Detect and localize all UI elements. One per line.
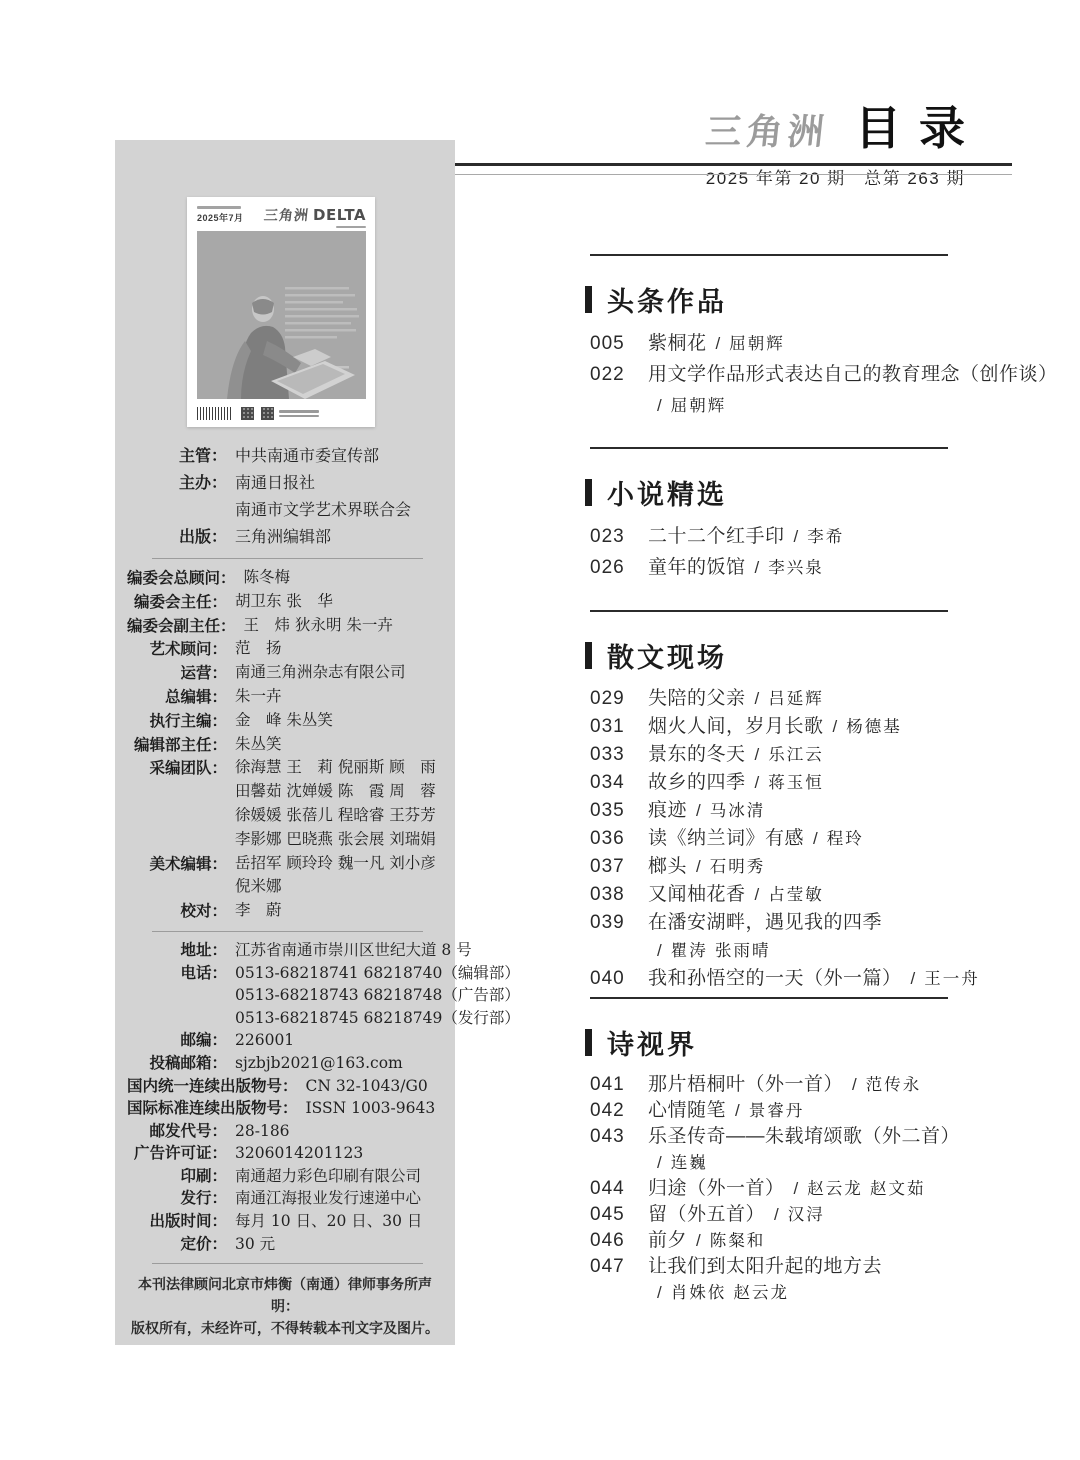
masthead-label: 发行： xyxy=(127,1187,227,1210)
header-rule-thick xyxy=(455,163,1012,166)
toc-entry-page-number: 045 xyxy=(590,1202,634,1227)
section-bar-icon xyxy=(585,479,592,506)
masthead-value-line: 0513-68218743 68218748（广告部） xyxy=(235,984,520,1007)
masthead-label: 出版时间： xyxy=(127,1210,227,1233)
masthead-row: 总编辑：朱一卉 xyxy=(127,685,443,709)
toc-entry-page-number: 005 xyxy=(590,329,634,359)
toc-entry-title: 紫桐花 xyxy=(648,333,707,354)
masthead-row: 邮编：226001 xyxy=(127,1029,443,1052)
toc-section-title: 小说精选 xyxy=(607,473,727,512)
toc-entry-author-line: /连巍 xyxy=(590,1150,1012,1176)
section-bar-icon xyxy=(585,642,592,669)
masthead-value: sjzbjb2021@163.com xyxy=(235,1052,443,1075)
masthead-label: 广告许可证： xyxy=(127,1142,227,1165)
toc-entry: 037榔头/石明秀 xyxy=(590,853,1012,881)
toc-entry-author: 石明秀 xyxy=(710,857,766,876)
slash-separator: / xyxy=(813,829,818,848)
masthead-row: 编委会总顾问：陈冬梅 xyxy=(127,566,443,590)
toc-entry-author: 蒋玉恒 xyxy=(768,773,824,792)
toc-entry: 039在潘安湖畔，遇见我的四季 xyxy=(590,909,1012,937)
toc-entry-title: 我和孙悟空的一天（外一篇） xyxy=(648,968,902,989)
toc-entry-author: 杨德基 xyxy=(846,717,902,736)
masthead-row: 国内统一连续出版物号：CN 32-1043/G0 xyxy=(127,1075,443,1098)
toc-entry-author-line: /屈朝辉 xyxy=(590,391,1012,422)
masthead-label: 执行主编： xyxy=(127,709,227,733)
toc-entry-page-number: 026 xyxy=(590,553,634,583)
masthead-label: 国内统一连续出版物号： xyxy=(127,1075,298,1098)
toc-entry-page-number: 033 xyxy=(590,741,634,768)
cover-header: 2025年7月 三角洲 DELTA xyxy=(197,205,366,229)
masthead-value-line: 0513-68218745 68218749（发行部） xyxy=(235,1007,520,1030)
masthead-row: 执行主编：金 峰 朱丛笑 xyxy=(127,709,443,733)
toc-entry-title: 前夕 xyxy=(648,1230,687,1251)
masthead-value-line: 南通超力彩色印刷有限公司 xyxy=(235,1165,443,1188)
toc-entry: 045留（外五首）/汉浔 xyxy=(590,1202,1012,1228)
masthead-value-line: 范 扬 xyxy=(235,637,443,661)
masthead-value-line: 南通市文学艺术界联合会 xyxy=(235,496,443,523)
toc-entry-author: 连巍 xyxy=(671,1153,708,1172)
masthead-row: 运营：南通三角洲杂志有限公司 xyxy=(127,661,443,685)
masthead-value: 王 炜 狄永明 朱一卉 xyxy=(244,614,443,638)
masthead-label: 编委会总顾问： xyxy=(127,566,236,590)
toc-entry-author: 占莹敏 xyxy=(768,885,824,904)
masthead-value-line: 3206014201123 xyxy=(235,1142,443,1165)
toc-section: 小说精选023二十二个红手印/李希026童年的饭馆/李兴泉 xyxy=(585,447,1012,584)
toc-entry: 023二十二个红手印/李希 xyxy=(590,522,1012,553)
legal-line: 本刊法律顾问北京市炜衡（南通）律师事务所声明： xyxy=(127,1274,443,1318)
page-title: 目录 xyxy=(855,92,983,158)
masthead-value: 南通三角洲杂志有限公司 xyxy=(235,661,443,685)
toc-entry: 033景东的冬天/乐江云 xyxy=(590,741,1012,769)
masthead-label: 主管： xyxy=(127,442,227,469)
masthead-label: 运营： xyxy=(127,661,227,685)
slash-separator: / xyxy=(755,689,760,708)
toc-entry-author: 肖姝依 赵云龙 xyxy=(671,1283,789,1302)
masthead-label: 投稿邮箱： xyxy=(127,1052,227,1075)
slash-separator: / xyxy=(716,334,721,353)
masthead-value-line: 岳招军 顾玲玲 魏一凡 刘小彦 xyxy=(235,852,443,876)
toc-entry: 041那片梧桐叶（外一首）/范传永 xyxy=(590,1072,1012,1098)
masthead-value-line: 徐媛媛 张蓓儿 程晗睿 王芬芳 xyxy=(235,804,443,828)
masthead-value: 226001 xyxy=(235,1029,443,1052)
toc-entry-page-number: 031 xyxy=(590,713,634,740)
masthead-value: 28-186 xyxy=(235,1120,443,1143)
slash-separator: / xyxy=(657,1283,662,1302)
toc-entry-title: 失陪的父亲 xyxy=(648,688,746,709)
toc-section: 散文现场029失陪的父亲/吕延辉031烟火人间，岁月长歌/杨德基033景东的冬天… xyxy=(585,610,1012,993)
masthead-value-line: 朱丛笑 xyxy=(235,733,443,757)
toc-entry-page-number: 036 xyxy=(590,825,634,852)
masthead: 主管：中共南通市委宣传部主办：南通日报社南通市文学艺术界联合会出版：三角洲编辑部… xyxy=(127,442,443,1340)
masthead-label: 主办： xyxy=(127,469,227,496)
masthead-row: 主管：中共南通市委宣传部 xyxy=(127,442,443,469)
masthead-row: 邮发代号：28-186 xyxy=(127,1120,443,1143)
cover-logo-cn: 三角洲 xyxy=(263,205,310,225)
masthead-value-line: CN 32-1043/G0 xyxy=(306,1075,443,1098)
masthead-value-line: 南通日报社 xyxy=(235,469,443,496)
slash-separator: / xyxy=(794,1179,799,1198)
magazine-cover: 2025年7月 三角洲 DELTA xyxy=(187,197,375,427)
masthead-section: 主管：中共南通市委宣传部主办：南通日报社南通市文学艺术界联合会出版：三角洲编辑部 xyxy=(127,442,443,550)
toc-entry-author: 陈粲和 xyxy=(710,1231,766,1250)
masthead-value: 朱丛笑 xyxy=(235,733,443,757)
masthead-row: 发行：南通江海报业发行速递中心 xyxy=(127,1187,443,1210)
masthead-value-line: 胡卫东 张 华 xyxy=(235,590,443,614)
masthead-row: 艺术顾问：范 扬 xyxy=(127,637,443,661)
toc-entry-page-number: 038 xyxy=(590,881,634,908)
masthead-value-line: 30 元 xyxy=(235,1233,443,1256)
masthead-value: 朱一卉 xyxy=(235,685,443,709)
slash-separator: / xyxy=(735,1101,740,1120)
toc-entry: 043乐圣传奇——朱载堉颂歌（外二首） xyxy=(590,1124,1012,1150)
slash-separator: / xyxy=(774,1205,779,1224)
toc-entry-author-line: /肖姝依 赵云龙 xyxy=(590,1280,1012,1306)
toc-entry: 005紫桐花/屈朝辉 xyxy=(590,329,1012,360)
toc-entry-page-number: 046 xyxy=(590,1228,634,1253)
masthead-divider xyxy=(152,931,423,932)
toc-entry: 029失陪的父亲/吕延辉 xyxy=(590,685,1012,713)
cover-micro-text xyxy=(197,206,241,209)
slash-separator: / xyxy=(696,1231,701,1250)
masthead-label: 总编辑： xyxy=(127,685,227,709)
toc-entry-title: 用文学作品形式表达自己的教育理念（创作谈） xyxy=(648,364,1058,385)
masthead-row: 印刷：南通超力彩色印刷有限公司 xyxy=(127,1165,443,1188)
masthead-value-line: 南通三角洲杂志有限公司 xyxy=(235,661,443,685)
cover-issue: 2025年7月 xyxy=(197,206,244,224)
toc-section-divider xyxy=(590,610,948,612)
toc-entry-title: 在潘安湖畔，遇见我的四季 xyxy=(648,912,882,933)
toc-entry-list: 005紫桐花/屈朝辉022用文学作品形式表达自己的教育理念（创作谈）/屈朝辉 xyxy=(585,329,1012,422)
masthead-label: 印刷： xyxy=(127,1165,227,1188)
toc-entry-author: 景睿丹 xyxy=(749,1101,805,1120)
masthead-label: 邮发代号： xyxy=(127,1120,227,1143)
masthead-value: 岳招军 顾玲玲 魏一凡 刘小彦倪米娜 xyxy=(235,852,443,900)
masthead-value-line: 三角洲编辑部 xyxy=(235,523,443,550)
toc-entry-page-number: 029 xyxy=(590,685,634,712)
masthead-value-line: 田馨茹 沈婵媛 陈 霞 周 蓉 xyxy=(235,780,443,804)
masthead-value: CN 32-1043/G0 xyxy=(306,1075,443,1098)
toc-entry: 046前夕/陈粲和 xyxy=(590,1228,1012,1254)
masthead-section: 地址：江苏省南通市崇川区世纪大道 8 号电话：0513-68218741 682… xyxy=(127,939,443,1255)
toc-section-heading: 小说精选 xyxy=(585,474,1012,510)
masthead-value-line: 李 蔚 xyxy=(235,899,443,923)
slash-separator: / xyxy=(657,941,662,960)
masthead-value: 30 元 xyxy=(235,1233,443,1256)
masthead-value: 每月 10 日、20 日、30 日 xyxy=(235,1210,443,1233)
toc-entry-title: 让我们到太阳升起的地方去 xyxy=(648,1256,882,1277)
toc-entry-author: 汉浔 xyxy=(788,1205,825,1224)
cover-foot-text xyxy=(279,410,319,419)
section-bar-icon xyxy=(585,286,592,313)
slash-separator: / xyxy=(852,1075,857,1094)
toc-entry-title: 痕迹 xyxy=(648,800,687,821)
slash-separator: / xyxy=(657,1153,662,1172)
toc-entry-title: 乐圣传奇——朱载堉颂歌（外二首） xyxy=(648,1126,960,1147)
masthead-panel: 2025年7月 三角洲 DELTA xyxy=(115,140,455,1345)
toc-section-heading: 诗视界 xyxy=(585,1024,1012,1060)
masthead-value-line: 王 炜 狄永明 朱一卉 xyxy=(244,614,443,638)
toc-section-title: 头条作品 xyxy=(607,280,727,319)
masthead-row: 投稿邮箱：sjzbjb2021@163.com xyxy=(127,1052,443,1075)
brand-logo: 三角洲 xyxy=(703,104,831,155)
masthead-divider xyxy=(152,1263,423,1264)
toc-entry-page-number: 037 xyxy=(590,853,634,880)
toc-section-heading: 散文现场 xyxy=(585,637,1012,673)
toc-entry: 026童年的饭馆/李兴泉 xyxy=(590,553,1012,584)
toc-entry-title: 读《纳兰词》有感 xyxy=(648,828,804,849)
toc-entry-page-number: 043 xyxy=(590,1124,634,1149)
masthead-value: 范 扬 xyxy=(235,637,443,661)
toc-entry-title: 那片梧桐叶（外一首） xyxy=(648,1074,843,1095)
masthead-value-line: 朱一卉 xyxy=(235,685,443,709)
cover-logo-en: DELTA xyxy=(313,206,366,224)
masthead-row: 出版：三角洲编辑部 xyxy=(127,523,443,550)
masthead-value-line: 南通江海报业发行速递中心 xyxy=(235,1187,443,1210)
masthead-label: 编委会主任： xyxy=(127,590,227,614)
header-rule-thin xyxy=(455,174,1012,175)
masthead-row: 主办：南通日报社南通市文学艺术界联合会 xyxy=(127,469,443,523)
toc-entry: 044归途（外一首）/赵云龙 赵文茹 xyxy=(590,1176,1012,1202)
toc-entry-list: 023二十二个红手印/李希026童年的饭馆/李兴泉 xyxy=(585,522,1012,584)
masthead-value-line: 0513-68218741 68218740（编辑部） xyxy=(235,962,520,985)
toc-entry-title: 榔头 xyxy=(648,856,687,877)
toc-entry-title: 二十二个红手印 xyxy=(648,526,785,547)
toc-entry: 031烟火人间，岁月长歌/杨德基 xyxy=(590,713,1012,741)
toc-section-title: 散文现场 xyxy=(607,636,727,675)
masthead-value-line: 倪米娜 xyxy=(235,875,443,899)
masthead-row: 广告许可证：3206014201123 xyxy=(127,1142,443,1165)
masthead-row: 编委会副主任：王 炜 狄永明 朱一卉 xyxy=(127,614,443,638)
toc-entry-author: 程玲 xyxy=(827,829,864,848)
masthead-label: 出版： xyxy=(127,523,227,550)
toc-entry-page-number: 040 xyxy=(590,965,634,992)
slash-separator: / xyxy=(696,857,701,876)
masthead-row: 编辑部主任：朱丛笑 xyxy=(127,733,443,757)
masthead-value: 胡卫东 张 华 xyxy=(235,590,443,614)
toc-entry-page-number: 039 xyxy=(590,909,634,936)
masthead-label: 地址： xyxy=(127,939,227,962)
header-logo-row: 三角洲目录 xyxy=(706,92,965,158)
cover-date: 2025年7月 xyxy=(197,211,244,224)
masthead-row: 校对：李 蔚 xyxy=(127,899,443,923)
toc-entry-title: 童年的饭馆 xyxy=(648,557,746,578)
masthead-value: 江苏省南通市崇川区世纪大道 8 号 xyxy=(235,939,472,962)
masthead-row: 编委会主任：胡卫东 张 华 xyxy=(127,590,443,614)
toc-entry-page-number: 042 xyxy=(590,1098,634,1123)
slash-separator: / xyxy=(657,396,662,415)
masthead-row: 定价：30 元 xyxy=(127,1233,443,1256)
masthead-row: 美术编辑：岳招军 顾玲玲 魏一凡 刘小彦倪米娜 xyxy=(127,852,443,900)
masthead-label: 编辑部主任： xyxy=(127,733,227,757)
toc-section-divider xyxy=(590,997,948,999)
issue-info: 2025 年第 20 期 总第 263 期 xyxy=(706,164,965,189)
toc-entry: 042心情随笔/景睿丹 xyxy=(590,1098,1012,1124)
toc-entry-author: 屈朝辉 xyxy=(671,396,727,415)
section-bar-icon xyxy=(585,1029,592,1056)
masthead-value: ISSN 1003-9643 xyxy=(306,1097,443,1120)
toc-entry: 034故乡的四季/蒋玉恒 xyxy=(590,769,1012,797)
cover-photo xyxy=(197,231,366,399)
masthead-value-line: 陈冬梅 xyxy=(244,566,443,590)
masthead-section: 编委会总顾问：陈冬梅编委会主任：胡卫东 张 华编委会副主任：王 炜 狄永明 朱一… xyxy=(127,566,443,923)
toc-section-title: 诗视界 xyxy=(607,1023,697,1062)
masthead-label: 邮编： xyxy=(127,1029,227,1052)
toc-entry-title: 烟火人间，岁月长歌 xyxy=(648,716,824,737)
toc-entry-title: 心情随笔 xyxy=(648,1100,726,1121)
slash-separator: / xyxy=(755,745,760,764)
masthead-label: 美术编辑： xyxy=(127,852,227,876)
masthead-value: 中共南通市委宣传部 xyxy=(235,442,443,469)
masthead-value: 徐海慧 王 莉 倪丽斯 顾 雨田馨茹 沈婵媛 陈 霞 周 蓉徐媛媛 张蓓儿 程晗… xyxy=(235,756,443,851)
toc-entry-title: 留（外五首） xyxy=(648,1204,765,1225)
toc-entry-author-line: /瞿涛 张雨晴 xyxy=(590,937,1012,965)
masthead-value: 陈冬梅 xyxy=(244,566,443,590)
masthead-value-line: 李影娜 巴晓燕 张会展 刘瑞娟 xyxy=(235,828,443,852)
masthead-label: 艺术顾问： xyxy=(127,637,227,661)
masthead-value-line: ISSN 1003-9643 xyxy=(306,1097,443,1120)
toc-entry-page-number: 041 xyxy=(590,1072,634,1097)
slash-separator: / xyxy=(794,527,799,546)
legal-line: 版权所有，未经许可，不得转载本刊文字及图片。 xyxy=(127,1318,443,1340)
cover-logo: 三角洲 DELTA xyxy=(264,205,366,228)
toc-entry: 022用文学作品形式表达自己的教育理念（创作谈） xyxy=(590,360,1012,391)
toc-entry-author: 李兴泉 xyxy=(768,558,824,577)
masthead-value-line: 金 峰 朱丛笑 xyxy=(235,709,443,733)
toc-entry-author: 赵云龙 赵文茹 xyxy=(807,1179,925,1198)
toc-entry-page-number: 047 xyxy=(590,1254,634,1279)
toc-page: 三角洲目录 2025 年第 20 期 总第 263 期 2025年7月 三角洲 … xyxy=(0,0,1080,1460)
masthead-row: 地址：江苏省南通市崇川区世纪大道 8 号 xyxy=(127,939,443,962)
toc-entry: 040我和孙悟空的一天（外一篇）/王一舟 xyxy=(590,965,1012,993)
masthead-label: 电话： xyxy=(127,962,227,985)
toc-entry-author: 范传永 xyxy=(866,1075,922,1094)
toc-entry: 036读《纳兰词》有感/程玲 xyxy=(590,825,1012,853)
barcode xyxy=(197,407,233,420)
masthead-value-line: 每月 10 日、20 日、30 日 xyxy=(235,1210,443,1233)
toc-entry-title: 故乡的四季 xyxy=(648,772,746,793)
toc-section-divider xyxy=(590,254,948,256)
masthead-row: 国际标准连续出版物号：ISSN 1003-9643 xyxy=(127,1097,443,1120)
masthead-value: 南通超力彩色印刷有限公司 xyxy=(235,1165,443,1188)
toc-entry-page-number: 022 xyxy=(590,360,634,390)
masthead-value: 0513-68218741 68218740（编辑部）0513-68218743… xyxy=(235,962,520,1030)
toc-entry-author: 瞿涛 张雨晴 xyxy=(671,941,771,960)
toc-entry-author: 李希 xyxy=(807,527,844,546)
masthead-value-line: sjzbjb2021@163.com xyxy=(235,1052,443,1075)
masthead-label: 编委会副主任： xyxy=(127,614,236,638)
toc-section-heading: 头条作品 xyxy=(585,281,1012,317)
masthead-row: 出版时间：每月 10 日、20 日、30 日 xyxy=(127,1210,443,1233)
legal-notice: 本刊法律顾问北京市炜衡（南通）律师事务所声明：版权所有，未经许可，不得转载本刊文… xyxy=(127,1274,443,1340)
toc-entry-page-number: 044 xyxy=(590,1176,634,1201)
toc-entry-title: 景东的冬天 xyxy=(648,744,746,765)
masthead-value-line: 226001 xyxy=(235,1029,443,1052)
toc-section: 诗视界041那片梧桐叶（外一首）/范传永042心情随笔/景睿丹043乐圣传奇——… xyxy=(585,997,1012,1306)
slash-separator: / xyxy=(755,885,760,904)
slash-separator: / xyxy=(755,558,760,577)
toc-entry: 038又闻柚花香/占莹敏 xyxy=(590,881,1012,909)
toc-entry-author: 乐江云 xyxy=(768,745,824,764)
masthead-label: 校对： xyxy=(127,899,227,923)
masthead-value: 南通江海报业发行速递中心 xyxy=(235,1187,443,1210)
cover-footer xyxy=(197,405,366,421)
masthead-value: 三角洲编辑部 xyxy=(235,523,443,550)
toc-entry-title: 归途（外一首） xyxy=(648,1178,785,1199)
cover-photo-art xyxy=(197,231,366,399)
masthead-divider xyxy=(152,558,423,559)
masthead-label: 定价： xyxy=(127,1233,227,1256)
masthead-label: 采编团队： xyxy=(127,756,227,780)
masthead-value: 李 蔚 xyxy=(235,899,443,923)
masthead-value: 3206014201123 xyxy=(235,1142,443,1165)
toc-entry-page-number: 023 xyxy=(590,522,634,552)
slash-separator: / xyxy=(911,969,916,988)
toc-section-divider xyxy=(590,447,948,449)
masthead-row: 采编团队：徐海慧 王 莉 倪丽斯 顾 雨田馨茹 沈婵媛 陈 霞 周 蓉徐媛媛 张… xyxy=(127,756,443,851)
slash-separator: / xyxy=(755,773,760,792)
toc-entry: 035痕迹/马冰清 xyxy=(590,797,1012,825)
masthead-label: 国际标准连续出版物号： xyxy=(127,1097,298,1120)
masthead-value-line: 江苏省南通市崇川区世纪大道 8 号 xyxy=(235,939,472,962)
toc-entry-author: 王一舟 xyxy=(924,969,980,988)
masthead-value-line: 中共南通市委宣传部 xyxy=(235,442,443,469)
masthead-value-line: 徐海慧 王 莉 倪丽斯 顾 雨 xyxy=(235,756,443,780)
masthead-row: 电话：0513-68218741 68218740（编辑部）0513-68218… xyxy=(127,962,443,1030)
toc-entry-title: 又闻柚花香 xyxy=(648,884,746,905)
masthead-value: 金 峰 朱丛笑 xyxy=(235,709,443,733)
masthead-value-line: 28-186 xyxy=(235,1120,443,1143)
toc-entry-author: 马冰清 xyxy=(710,801,766,820)
qr-code xyxy=(261,407,274,420)
toc-entry: 047让我们到太阳升起的地方去 xyxy=(590,1254,1012,1280)
slash-separator: / xyxy=(833,717,838,736)
toc-entry-list: 041那片梧桐叶（外一首）/范传永042心情随笔/景睿丹043乐圣传奇——朱载堉… xyxy=(585,1072,1012,1306)
slash-separator: / xyxy=(696,801,701,820)
qr-code xyxy=(241,407,254,420)
toc-entry-author: 屈朝辉 xyxy=(729,334,785,353)
toc-entry-author: 吕延辉 xyxy=(768,689,824,708)
toc-entry-list: 029失陪的父亲/吕延辉031烟火人间，岁月长歌/杨德基033景东的冬天/乐江云… xyxy=(585,685,1012,993)
cover-logo-subtext xyxy=(336,226,366,228)
toc-entry-page-number: 034 xyxy=(590,769,634,796)
toc-section: 头条作品005紫桐花/屈朝辉022用文学作品形式表达自己的教育理念（创作谈）/屈… xyxy=(585,254,1012,422)
toc-entry-page-number: 035 xyxy=(590,797,634,824)
masthead-value: 南通日报社南通市文学艺术界联合会 xyxy=(235,469,443,523)
